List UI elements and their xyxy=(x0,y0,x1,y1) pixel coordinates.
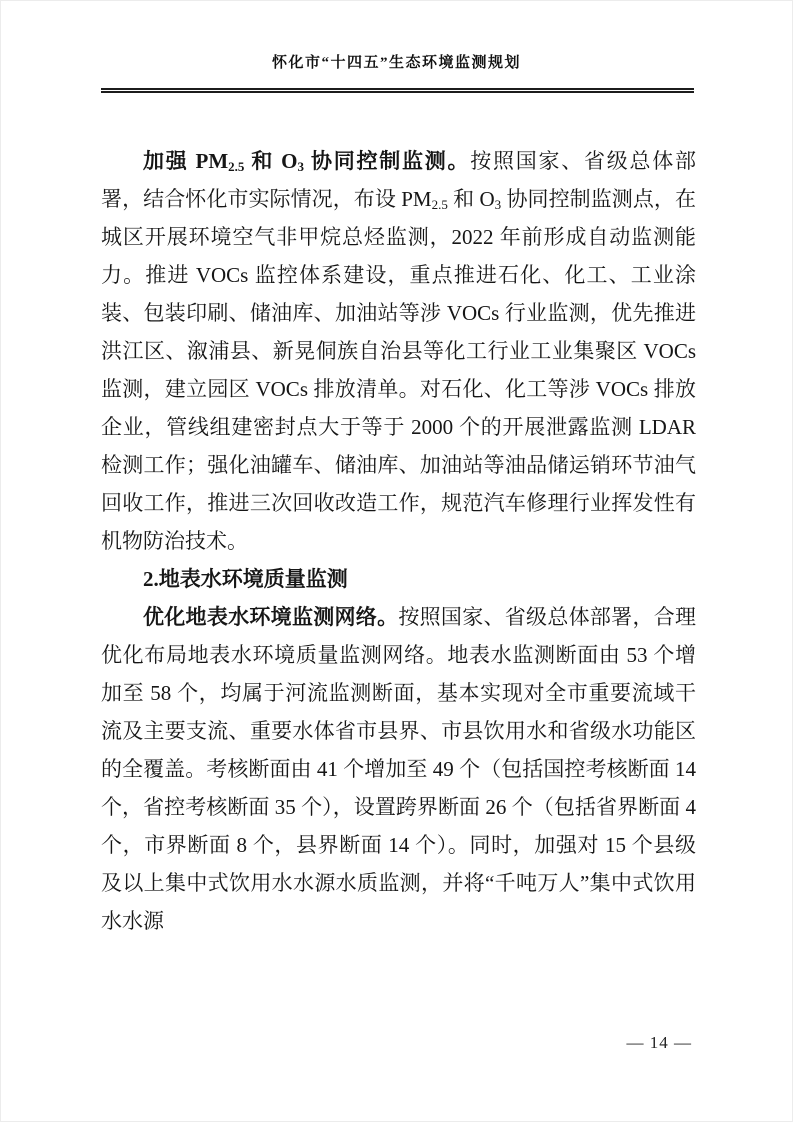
bold-run: 协同控制监测。 xyxy=(304,149,470,173)
document-page: 怀化市“十四五”生态环境监测规划 加强 PM2.5 和 O3 协同控制监测。按照… xyxy=(0,0,793,1122)
header-rule-bottom-line xyxy=(101,91,694,93)
body-paragraph: 优化地表水环境监测网络。按照国家、省级总体部署，合理优化布局地表水环境质量监测网… xyxy=(101,598,696,940)
bold-run: 优化地表水环境监测网络。 xyxy=(143,605,398,629)
bold-run: 和 O xyxy=(244,149,297,173)
page-footer: — 14 — xyxy=(1,1031,792,1071)
subscript-text: 2.5 xyxy=(228,159,244,174)
header-double-rule xyxy=(101,88,694,93)
page-header: 怀化市“十四五”生态环境监测规划 xyxy=(1,1,792,93)
header-title: 怀化市“十四五”生态环境监测规划 xyxy=(1,1,792,73)
subscript-text: 2.5 xyxy=(432,197,448,212)
text-run: 和 O xyxy=(448,187,495,211)
bold-run: 加强 PM xyxy=(143,149,228,173)
text-run: 协同控制监测点，在城区开展环境空气非甲烷总烃监测，2022 年前形成自动监测能力… xyxy=(101,187,696,553)
body-paragraph: 加强 PM2.5 和 O3 协同控制监测。按照国家、省级总体部署，结合怀化市实际… xyxy=(101,142,696,560)
header-rule-top-line xyxy=(101,88,694,90)
section-heading: 2.地表水环境质量监测 xyxy=(101,560,696,598)
text-run: 按照国家、省级总体部署，合理优化布局地表水环境质量监测网络。地表水监测断面由 5… xyxy=(101,605,696,933)
page-number: — 14 — xyxy=(627,1031,693,1055)
bold-run: 2.地表水环境质量监测 xyxy=(143,567,348,591)
document-body: 加强 PM2.5 和 O3 协同控制监测。按照国家、省级总体部署，结合怀化市实际… xyxy=(101,142,696,940)
